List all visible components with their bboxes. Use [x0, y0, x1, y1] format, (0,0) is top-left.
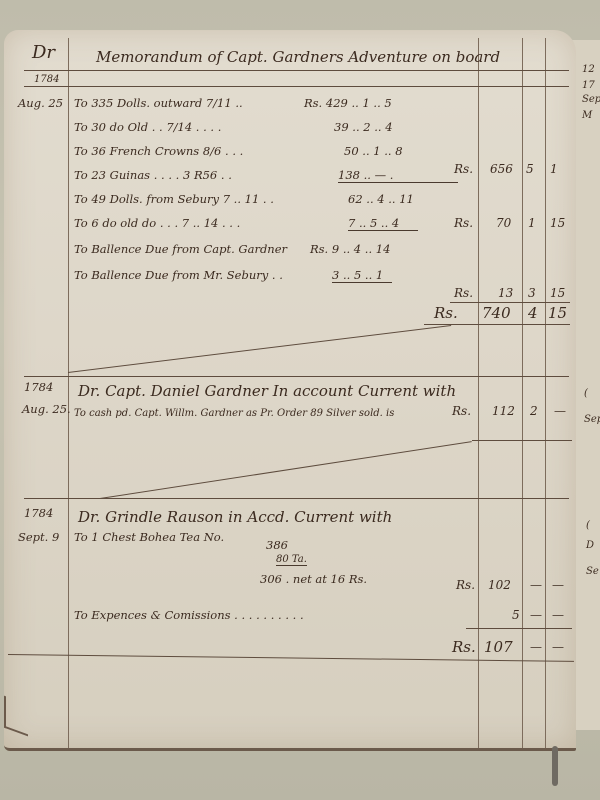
subtotal-pice: 1	[550, 162, 558, 176]
grand-total-rupees: 740	[482, 304, 511, 322]
entry-line: To 36 French Crowns 8/6 . . .	[74, 144, 243, 158]
section3-date: Sept. 9	[18, 530, 59, 544]
rupee-column-rule	[478, 38, 479, 748]
anna-column-rule	[522, 38, 523, 748]
sum-rule	[450, 302, 570, 303]
entry-amount: 3 .. 5 .. 1	[332, 268, 392, 283]
header-rule-2	[24, 86, 569, 87]
amount-rupees: 5	[512, 608, 520, 622]
grand-total-annas: 4	[528, 304, 538, 322]
subtotal-label: Rs.	[454, 162, 473, 176]
entry-amount: 138 .. — .	[338, 168, 458, 183]
section2-date: Aug. 25.	[22, 402, 71, 416]
subtotal-annas: 5	[526, 162, 534, 176]
entry-amount: 62 .. 4 .. 11	[348, 192, 414, 206]
calc-tare: 80 Ta.	[276, 554, 307, 566]
entry-line: To 335 Dolls. outward 7/11 ..	[74, 96, 243, 110]
amount-label: Rs.	[456, 578, 475, 592]
entry-amount: Rs. 429 .. 1 .. 5	[304, 96, 392, 110]
ledger-page: Dr Memorandum of Capt. Gardners Adventur…	[4, 30, 576, 751]
subtotal-annas: 1	[528, 216, 536, 230]
entry-line: To Ballence Due from Capt. Gardner	[74, 242, 287, 256]
subtotal-pice: 15	[550, 216, 565, 230]
margin-note: Se	[586, 566, 599, 577]
subtotal-rupees: 70	[496, 216, 511, 230]
entry-line: To 49 Dolls. from Sebury 7 .. 11 . .	[74, 192, 274, 206]
header-rule	[24, 70, 569, 71]
section3-rule	[24, 498, 569, 499]
pice-column-rule	[545, 38, 546, 748]
grand-total-pice: —	[552, 640, 564, 654]
sum-rule	[466, 628, 572, 629]
binding-thread	[552, 746, 558, 786]
section1-date: Aug. 25	[18, 96, 63, 110]
amount-annas: —	[530, 578, 542, 592]
subtotal-label: Rs.	[454, 286, 473, 300]
entry-line: To 23 Guinas . . . . 3 R56 . .	[74, 168, 232, 182]
section2-rule	[24, 376, 569, 377]
section2-heading: Dr. Capt. Daniel Gardner In account Curr…	[78, 382, 456, 400]
subtotal-annas: 3	[528, 286, 536, 300]
section3-year: 1784	[24, 506, 53, 520]
entry-line: To 30 do Old . . 7/14 . . . .	[74, 120, 221, 134]
grand-total-label: Rs.	[452, 638, 476, 656]
entry-line: To 6 do old do . . . 7 .. 14 . . .	[74, 216, 240, 230]
margin-note: (	[584, 388, 588, 399]
entry-total-pice: —	[554, 404, 566, 418]
page-title: Memorandum of Capt. Gardners Adventure o…	[96, 48, 500, 66]
margin-note: (	[586, 520, 590, 531]
margin-note: 12	[582, 64, 595, 75]
total-rule	[472, 440, 572, 441]
closing-diagonal	[68, 325, 451, 373]
date-column-rule	[68, 38, 69, 748]
margin-note: D	[586, 540, 594, 551]
calc-gross: 386	[266, 538, 288, 552]
amount-pice: —	[552, 578, 564, 592]
header-year: 1784	[34, 74, 59, 85]
subtotal-rupees: 13	[498, 286, 513, 300]
subtotal-rupees: 656	[490, 162, 513, 176]
entry-amount: Rs. 9 .. 4 .. 14	[310, 242, 390, 256]
closing-diagonal	[100, 441, 472, 499]
entry-amount: 39 .. 2 .. 4	[334, 120, 393, 134]
dr-mark: Dr	[32, 42, 55, 63]
subtotal-pice: 15	[550, 286, 565, 300]
entry-total-annas: 2	[530, 404, 538, 418]
grand-total-pice: 15	[548, 304, 567, 322]
amount-rupees: 102	[488, 578, 511, 592]
grand-total-rupees: 107	[484, 638, 513, 656]
margin-note: Sep	[584, 414, 600, 425]
amount-annas: —	[530, 608, 542, 622]
entry-line: To Expences & Comissions . . . . . . . .…	[74, 608, 304, 622]
section3-heading: Dr. Grindle Rauson in Accd. Current with	[78, 508, 392, 526]
entry-line: To 1 Chest Bohea Tea No.	[74, 530, 224, 544]
subtotal-label: Rs.	[454, 216, 473, 230]
calc-net: 306 . net at 16 Rs.	[260, 572, 367, 586]
margin-note: M	[582, 110, 592, 121]
section2-year: 1784	[24, 380, 53, 394]
amount-pice: —	[552, 608, 564, 622]
entry-total-label: Rs.	[452, 404, 471, 418]
entry-line: To cash pd. Capt. Willm. Gardner as Pr. …	[74, 408, 394, 419]
entry-line: To Ballence Due from Mr. Sebury . .	[74, 268, 283, 282]
margin-note: Sep	[582, 94, 600, 105]
entry-total-rupees: 112	[492, 404, 515, 418]
margin-note: 17	[582, 80, 595, 91]
entry-amount: 50 .. 1 .. 8	[344, 144, 403, 158]
grand-total-annas: —	[530, 640, 542, 654]
entry-amount: 7 .. 5 .. 4	[348, 216, 418, 231]
grand-total-label: Rs.	[434, 304, 458, 322]
